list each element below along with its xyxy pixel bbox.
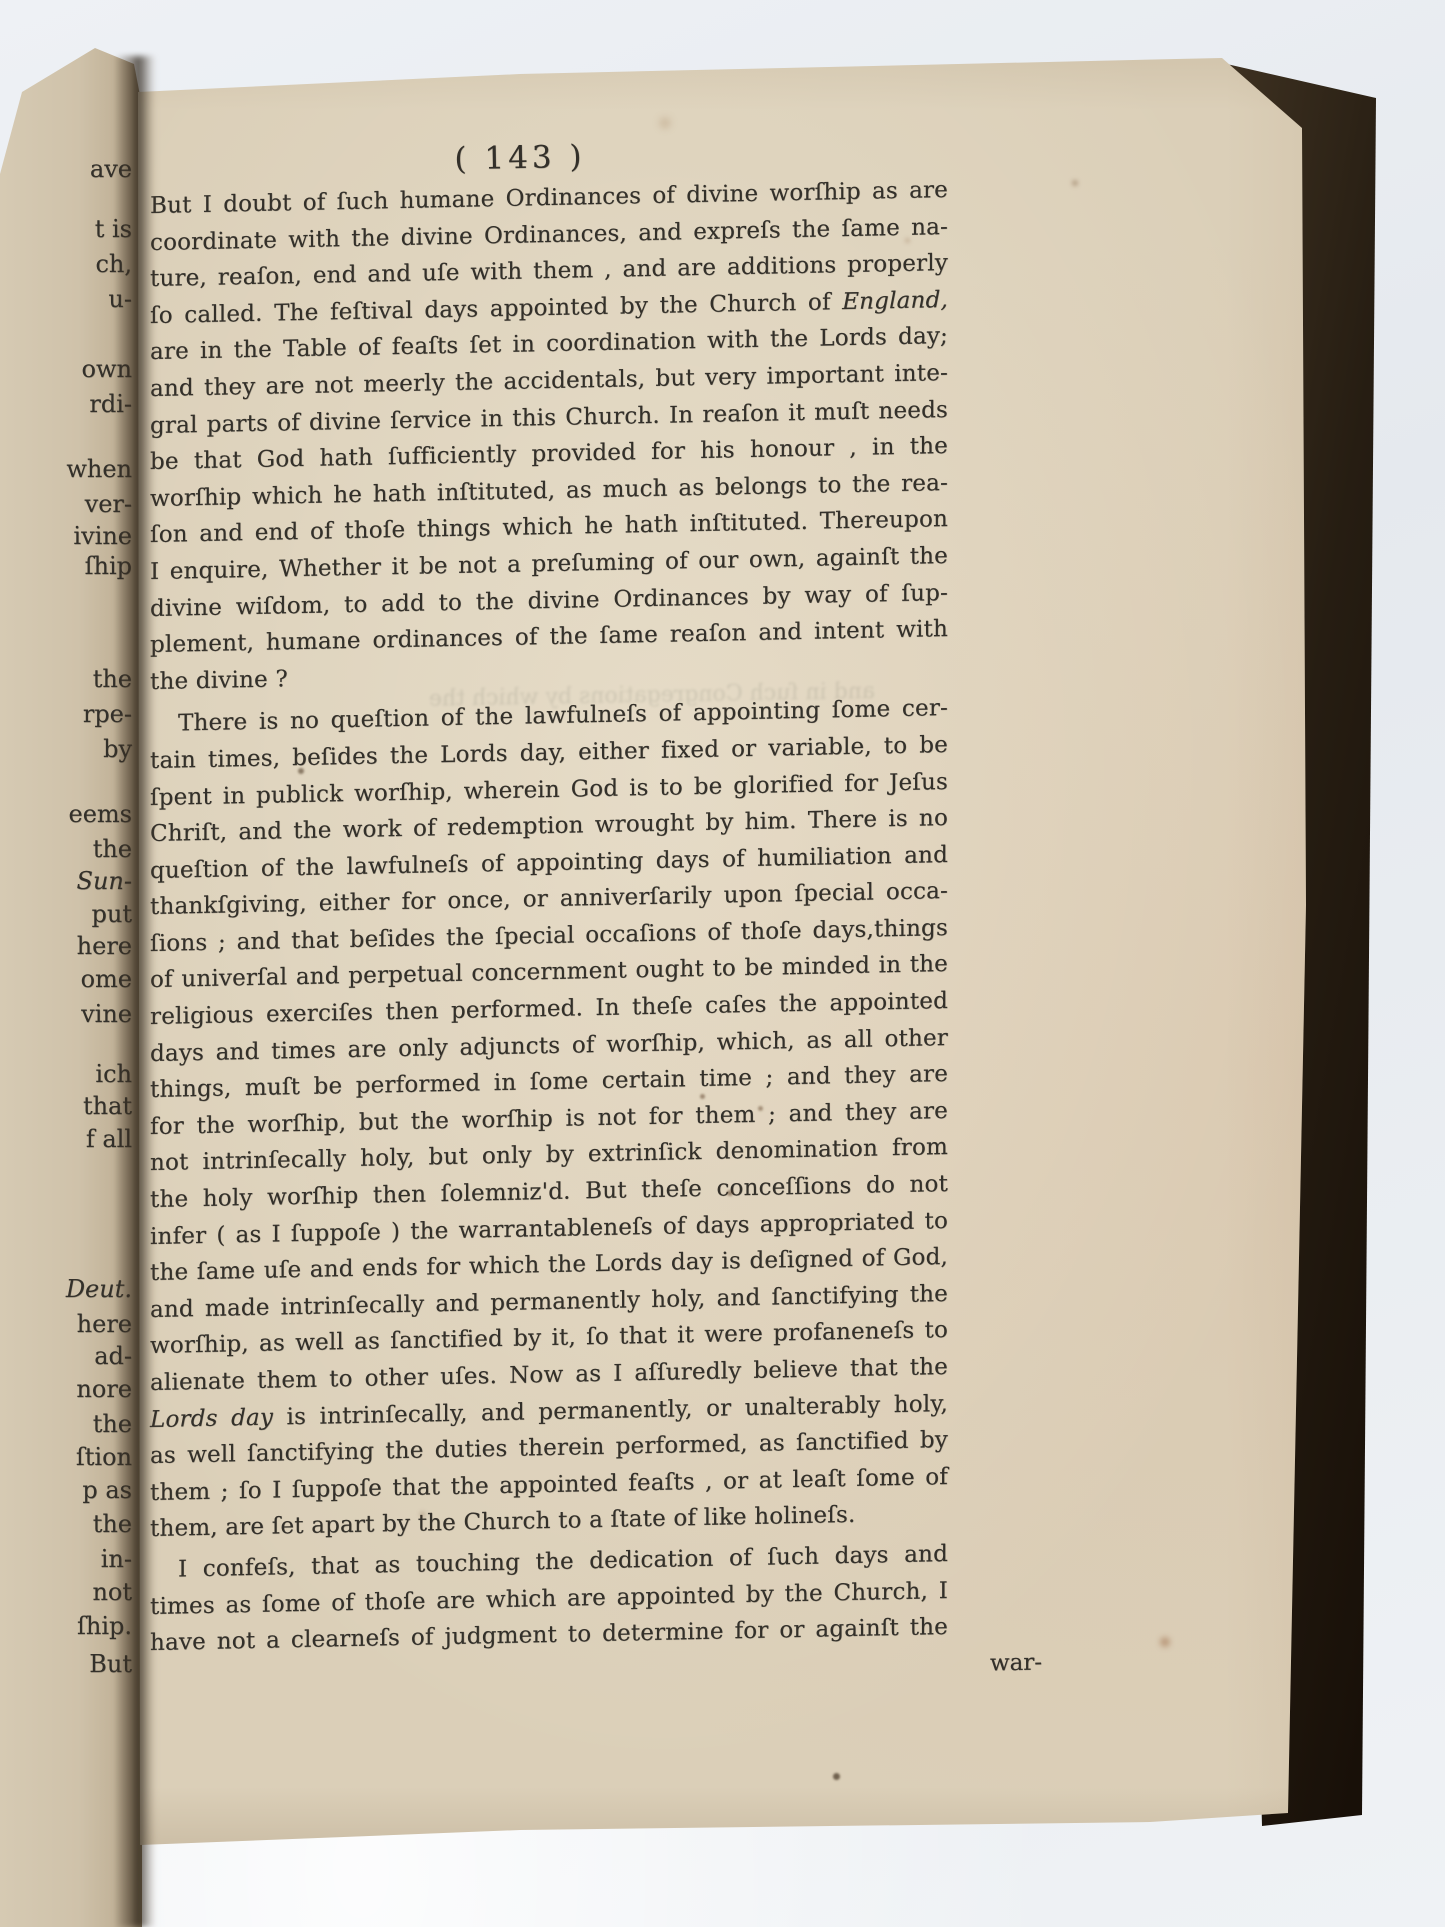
main-page: and in ſuch Congregations by which the (… xyxy=(0,0,1445,1927)
facing-page-fragment: the xyxy=(93,1410,132,1438)
catchword: war- xyxy=(958,1649,1074,1677)
italic-text-segment: Lords day xyxy=(150,1404,273,1432)
book-photo: avet isch,u-ownrdi-whenver-ivineſhipther… xyxy=(0,0,1445,1927)
stain xyxy=(1160,1637,1170,1647)
facing-page-fragment: Deut. xyxy=(66,1275,132,1303)
facing-page-fragment: f all xyxy=(86,1125,132,1153)
facing-page-fragment: Sun- xyxy=(77,867,132,895)
facing-page-fragment: the xyxy=(93,1510,132,1538)
facing-page-fragment: u- xyxy=(108,285,132,313)
facing-page-fragment: p as xyxy=(82,1476,132,1504)
facing-page-fragment: But xyxy=(89,1650,132,1678)
facing-page-fragment: in- xyxy=(101,1545,132,1573)
facing-page-fragment: ſtion xyxy=(76,1443,132,1471)
facing-page-fragment: eems xyxy=(69,800,132,828)
text-segment: the divine ? xyxy=(150,666,288,695)
stain xyxy=(660,118,670,128)
facing-page-fragment: ſhip xyxy=(85,552,132,580)
text-segment: them, are ſet apart by the Church to a ſ… xyxy=(150,1502,855,1542)
paragraph: There is no queſtion of the lawfulneſs o… xyxy=(150,690,948,1548)
paragraph: I confeſs, that as touching the dedicati… xyxy=(150,1536,948,1662)
facing-page-fragment: ch, xyxy=(95,250,132,278)
facing-page-fragment: own xyxy=(82,355,132,383)
facing-page-fragment: here xyxy=(77,932,132,960)
facing-page-edge: avet isch,u-ownrdi-whenver-ivineſhipther… xyxy=(0,44,142,1927)
facing-page-fragment: put xyxy=(92,900,132,928)
facing-page-fragment: ome xyxy=(81,965,132,993)
facing-page-fragment: the xyxy=(93,835,132,863)
facing-page-fragment: nore xyxy=(76,1375,132,1403)
paragraph: But I doubt of ſuch humane Ordinances of… xyxy=(150,172,948,700)
facing-page-text-fragments: avet isch,u-ownrdi-whenver-ivineſhipther… xyxy=(0,44,142,1927)
facing-page-fragment: ivine xyxy=(73,522,132,550)
facing-page-fragment: t is xyxy=(95,215,132,243)
italic-text-segment: England, xyxy=(842,287,948,315)
body-text: But I doubt of ſuch humane Ordinances of… xyxy=(150,172,948,1662)
facing-page-fragment: rpe- xyxy=(83,700,132,728)
stain xyxy=(833,1773,840,1780)
facing-page-fragment: here xyxy=(77,1310,132,1338)
facing-page-fragment: ad- xyxy=(94,1342,132,1370)
facing-page-fragment: when xyxy=(66,455,132,483)
facing-page-fragment: vine xyxy=(81,1000,132,1028)
stain xyxy=(1072,180,1078,186)
facing-page-fragment: by xyxy=(103,735,132,763)
facing-page-fragment: that xyxy=(83,1092,132,1120)
facing-page-fragment: ave xyxy=(90,155,132,183)
facing-page-fragment: ſhip. xyxy=(77,1612,132,1640)
facing-page-fragment: rdi- xyxy=(89,390,132,418)
facing-page-fragment: the xyxy=(93,665,132,693)
facing-page-fragment: ver- xyxy=(85,490,132,518)
facing-page-fragment: ich xyxy=(95,1060,132,1088)
facing-page-fragment: not xyxy=(92,1578,132,1606)
